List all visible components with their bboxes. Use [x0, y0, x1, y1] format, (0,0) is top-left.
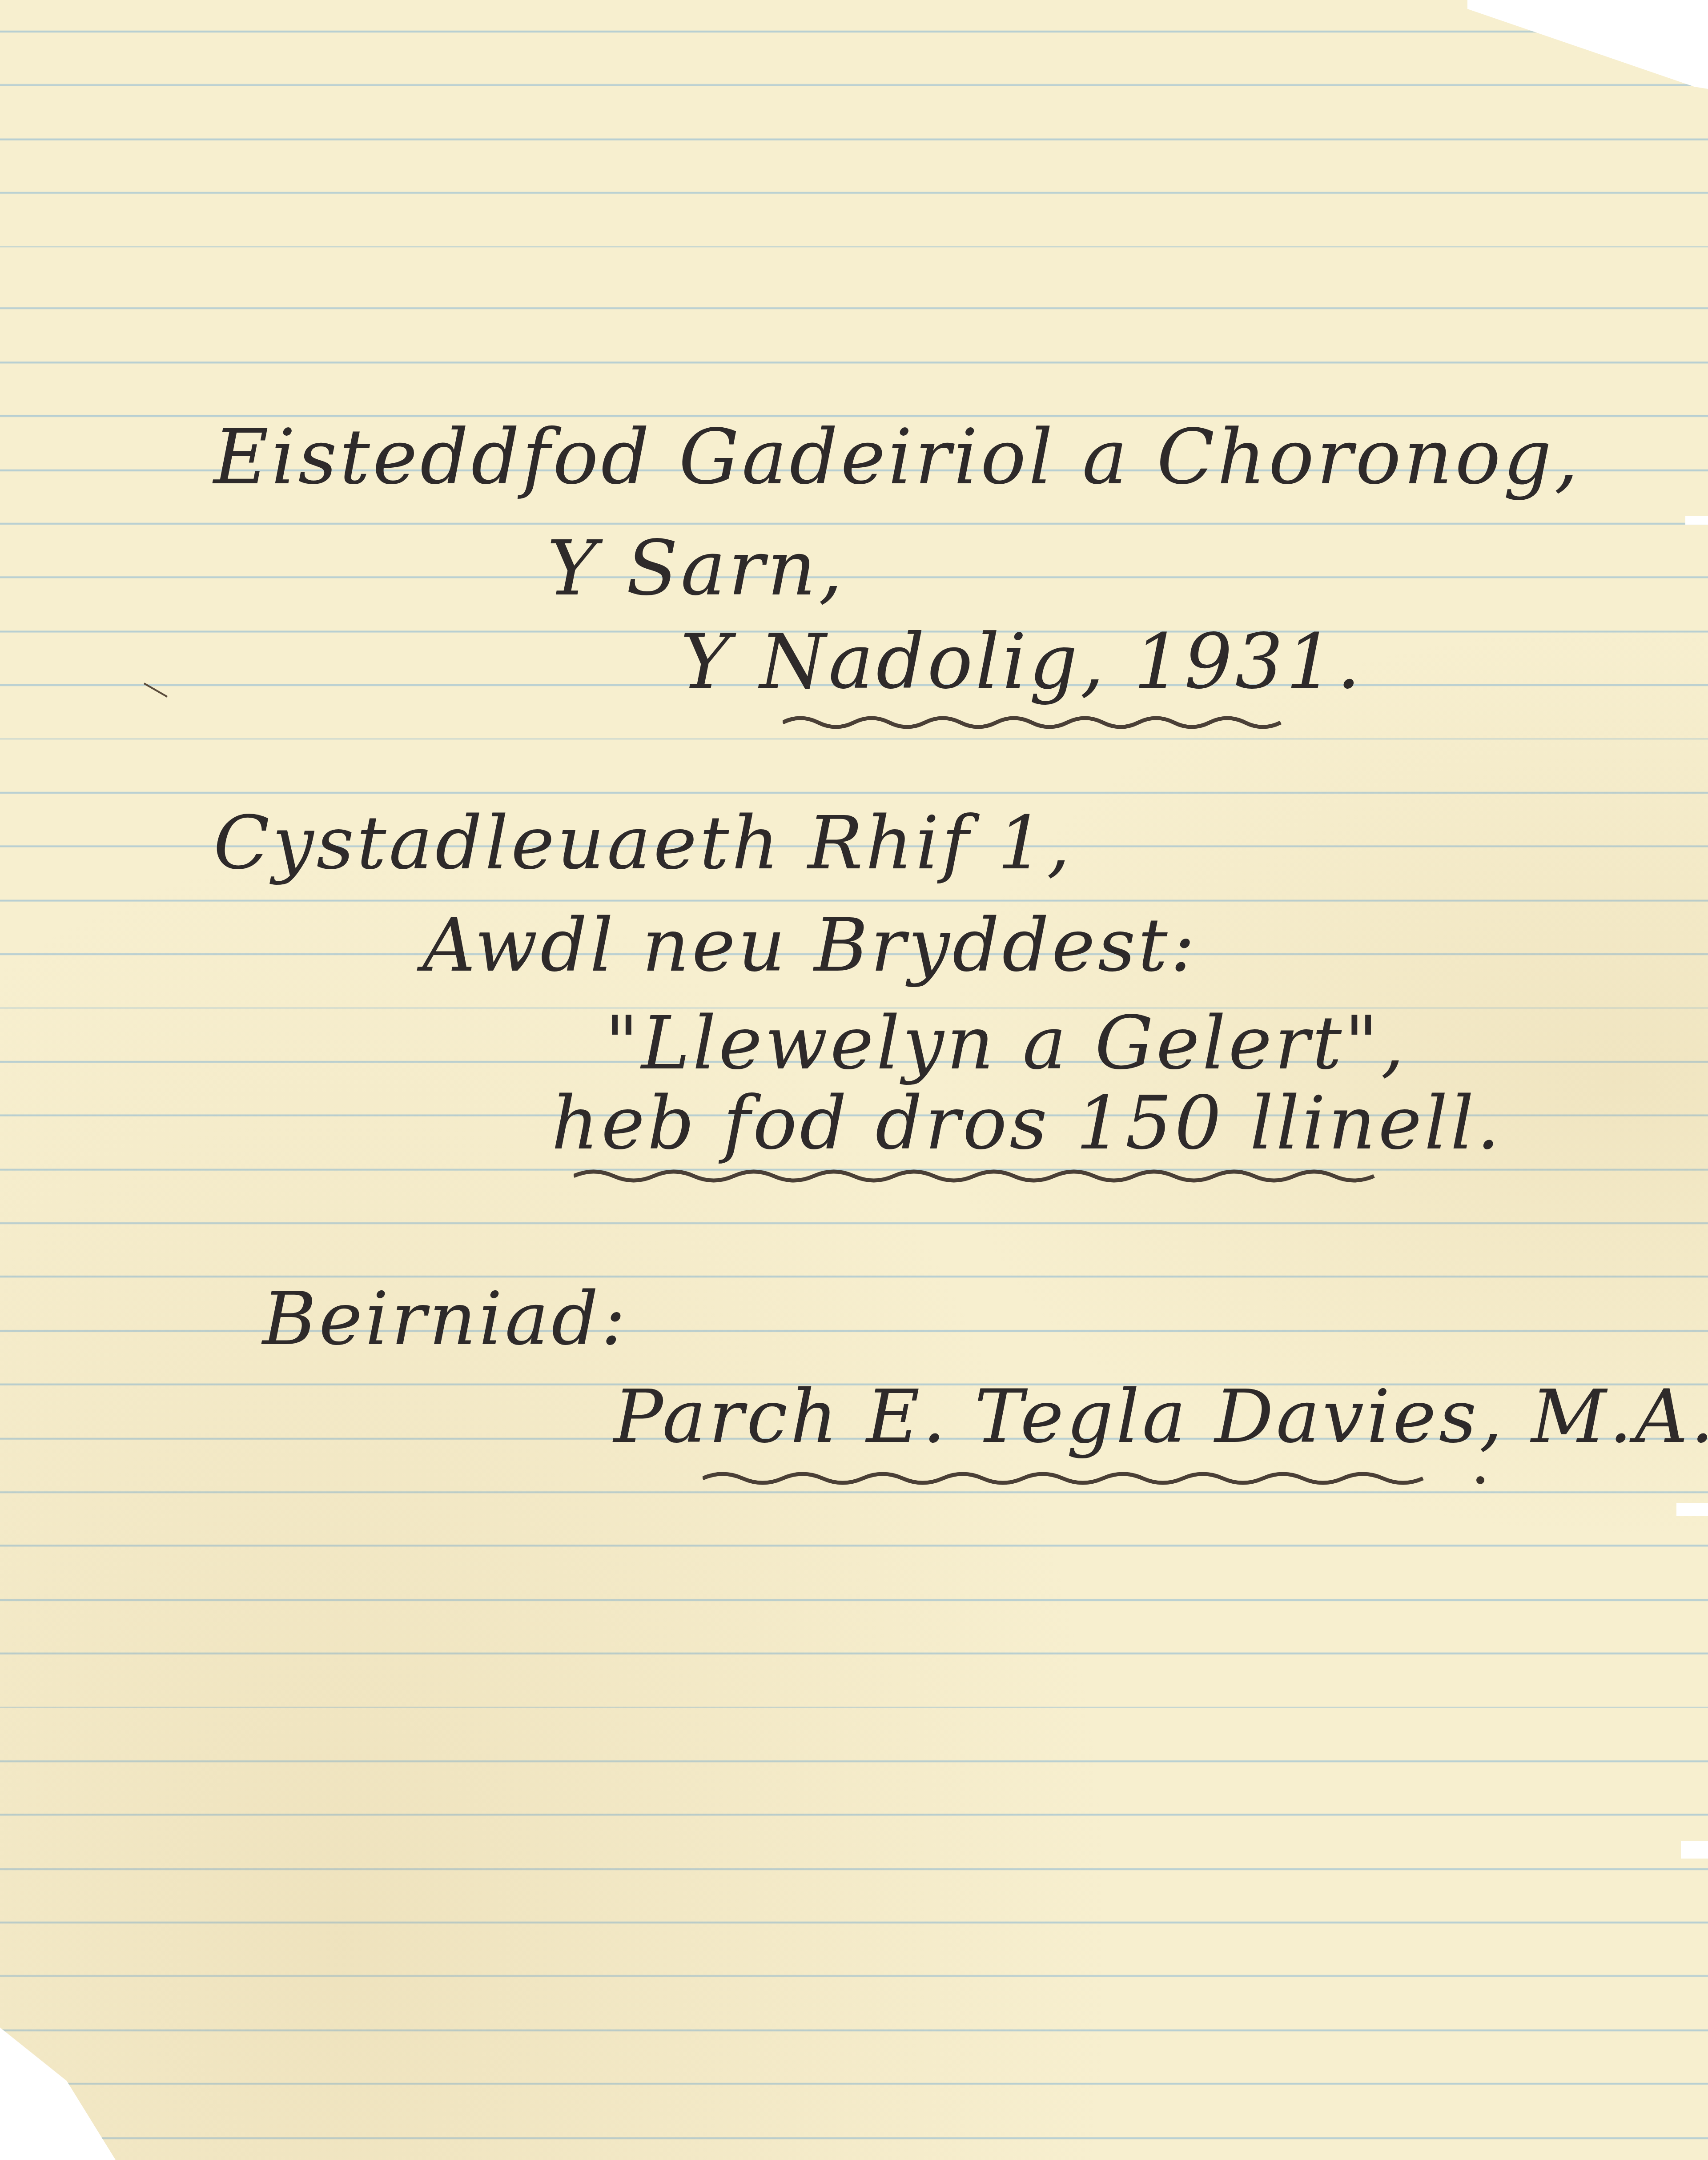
heading-line-eisteddfod: Eisteddfod Gadeiriol a Choronog,	[213, 414, 1581, 502]
adjudicator-name: Parch E. Tegla Davies, M.A.,	[614, 1374, 1708, 1459]
competition-category: Awdl neu Bryddest:	[422, 903, 1198, 988]
competition-line-limit: heb fod dros 150 llinell.	[551, 1080, 1503, 1166]
wavy-underline-heading	[783, 711, 1285, 729]
heading-line-location: Y Sarn,	[547, 525, 845, 613]
paper-tear-right-lower	[1681, 1841, 1708, 1859]
adjudicator-label: Beirniad:	[262, 1276, 628, 1361]
paper-tear-right-upper	[1685, 516, 1708, 525]
paper-tear-right	[1676, 1503, 1708, 1516]
competition-title: "Llewelyn a Gelert",	[605, 1000, 1407, 1086]
wavy-underline-competition	[574, 1165, 1401, 1183]
wavy-underline-adjudicator	[703, 1467, 1432, 1485]
competition-number: Cystadleuaeth Rhif 1,	[213, 800, 1073, 886]
ink-dot	[1476, 1476, 1484, 1484]
heading-line-date: Y Nadolig, 1931.	[680, 618, 1363, 706]
